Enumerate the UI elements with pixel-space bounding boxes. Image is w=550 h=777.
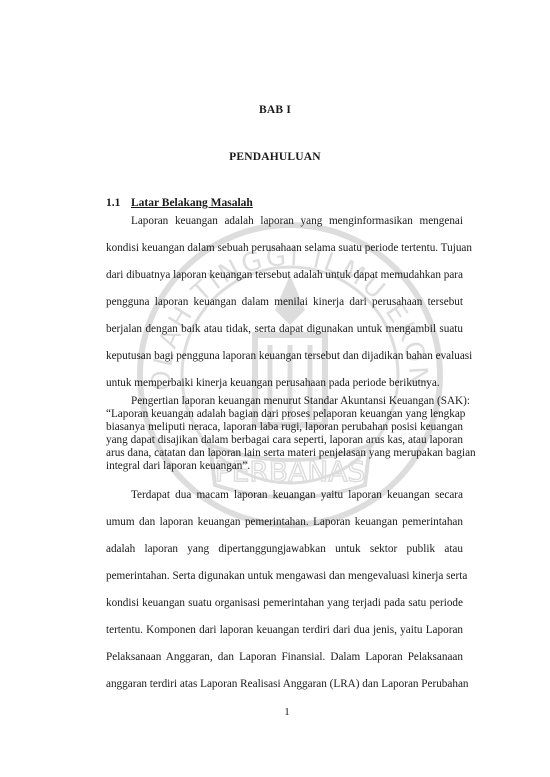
text-line: Pengertian laporan keuangan menurut Stan… bbox=[131, 395, 463, 408]
text-line: dari dibuatnya laporan keuangan tersebut… bbox=[106, 269, 463, 282]
text-line: “Laporan keuangan adalah bagian dari pro… bbox=[106, 408, 463, 421]
text-line: umum dan laporan keuangan pemerintahan. … bbox=[106, 516, 463, 529]
text-line: kondisi keuangan dalam sebuah perusahaan… bbox=[106, 242, 463, 255]
text-line: pengguna laporan keuangan dalam menilai … bbox=[106, 296, 463, 309]
text-line: anggaran terdiri atas Laporan Realisasi … bbox=[106, 678, 463, 691]
text-line: adalah laporan yang dipertanggungjawabka… bbox=[106, 543, 463, 556]
text-line: berjalan dengan baik atau tidak, serta d… bbox=[106, 323, 463, 336]
section-number: 1.1 bbox=[106, 197, 120, 209]
chapter-label: BAB I bbox=[0, 104, 550, 116]
text-line: arus dana, catatan dan laporan lain sert… bbox=[106, 447, 463, 460]
text-line: kondisi keuangan suatu organisasi pemeri… bbox=[106, 597, 463, 610]
page-number: 1 bbox=[0, 706, 550, 718]
text-line: untuk memperbaiki kinerja keuangan perus… bbox=[106, 377, 463, 390]
text-line: yang dapat disajikan dalam berbagai cara… bbox=[106, 434, 463, 447]
text-line: tertentu. Komponen dari laporan keuangan… bbox=[106, 624, 463, 637]
text-line: Laporan keuangan adalah laporan yang men… bbox=[131, 215, 463, 228]
text-line: keputusan bagi pengguna laporan keuangan… bbox=[106, 350, 463, 363]
institution-logo-watermark: SEKOLAH TINGGI ILMU EKONOMI PERBANAS bbox=[130, 215, 450, 535]
text-line: pemerintahan. Serta digunakan untuk meng… bbox=[106, 570, 463, 583]
chapter-title: PENDAHULUAN bbox=[0, 151, 550, 163]
section-title: Latar Belakang Masalah bbox=[131, 197, 253, 209]
text-line: Terdapat dua macam laporan keuangan yait… bbox=[131, 489, 463, 502]
text-line: biasanya meliputi neraca, laporan laba r… bbox=[106, 421, 463, 434]
text-line: integral dari laporan keuangan”. bbox=[106, 460, 463, 473]
text-line: Pelaksanaan Anggaran, dan Laporan Finans… bbox=[106, 651, 463, 664]
